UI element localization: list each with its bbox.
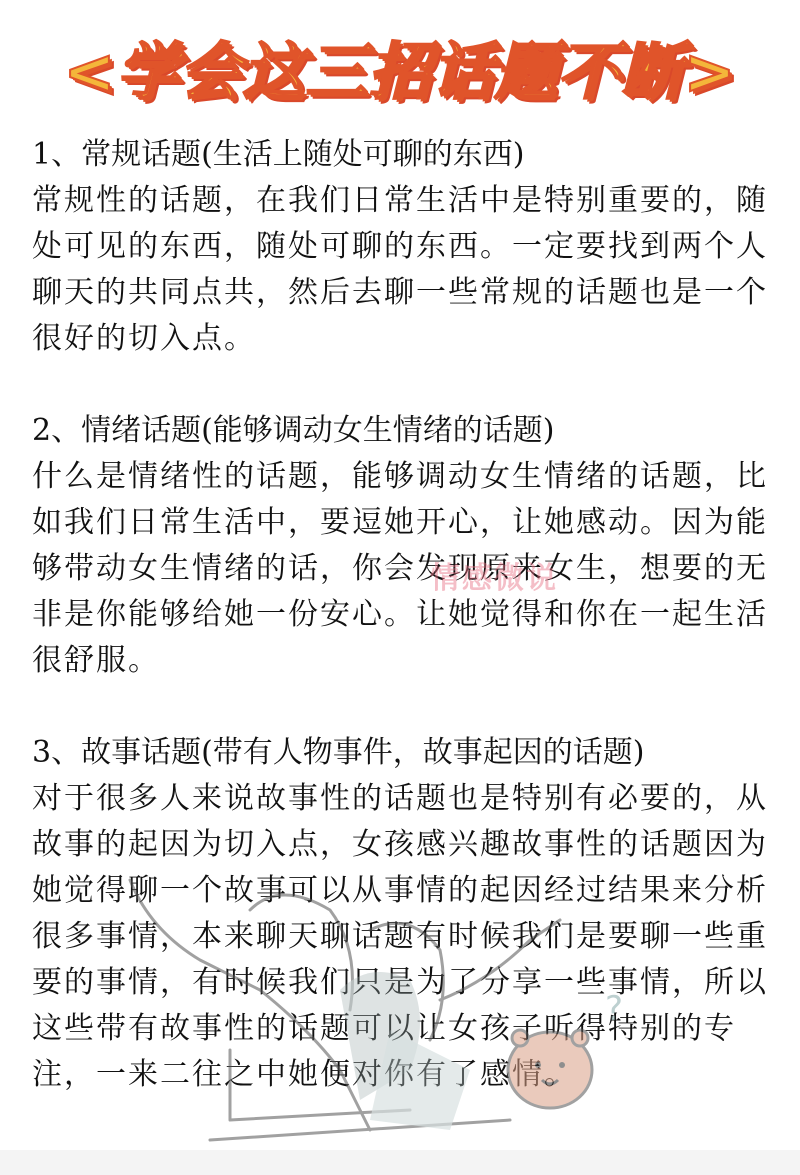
section-heading: 2、情绪话题(能够调动女生情绪的话题) bbox=[32, 408, 782, 454]
section-paragraph: 对于很多人来说故事性的话题也是特别有必要的，从故事的起因为切入点，女孩感兴趣故事… bbox=[32, 776, 782, 1098]
article-body: 1、常规话题(生活上随处可聊的东西) 常规性的话题，在我们日常生活中是特别重要的… bbox=[32, 132, 782, 1144]
section-heading: 1、常规话题(生活上随处可聊的东西) bbox=[32, 132, 782, 178]
bottom-band bbox=[0, 1150, 800, 1175]
section-story-topics: 3、故事话题(带有人物事件，故事起因的话题) 对于很多人来说故事性的话题也是特别… bbox=[32, 730, 782, 1098]
section-paragraph: 常规性的话题，在我们日常生活中是特别重要的，随处可见的东西，随处可聊的东西。一定… bbox=[32, 178, 782, 362]
section-heading: 3、故事话题(带有人物事件，故事起因的话题) bbox=[32, 730, 782, 776]
section-paragraph: 什么是情绪性的话题，能够调动女生情绪的话题，比如我们日常生活中，要逗她开心，让她… bbox=[32, 454, 782, 684]
page-title: <学会这三招话题不断> bbox=[0, 22, 800, 111]
section-emotional-topics: 2、情绪话题(能够调动女生情绪的话题) 什么是情绪性的话题，能够调动女生情绪的话… bbox=[32, 408, 782, 684]
section-regular-topics: 1、常规话题(生活上随处可聊的东西) 常规性的话题，在我们日常生活中是特别重要的… bbox=[32, 132, 782, 362]
watermark: 情感微说 bbox=[430, 553, 558, 597]
